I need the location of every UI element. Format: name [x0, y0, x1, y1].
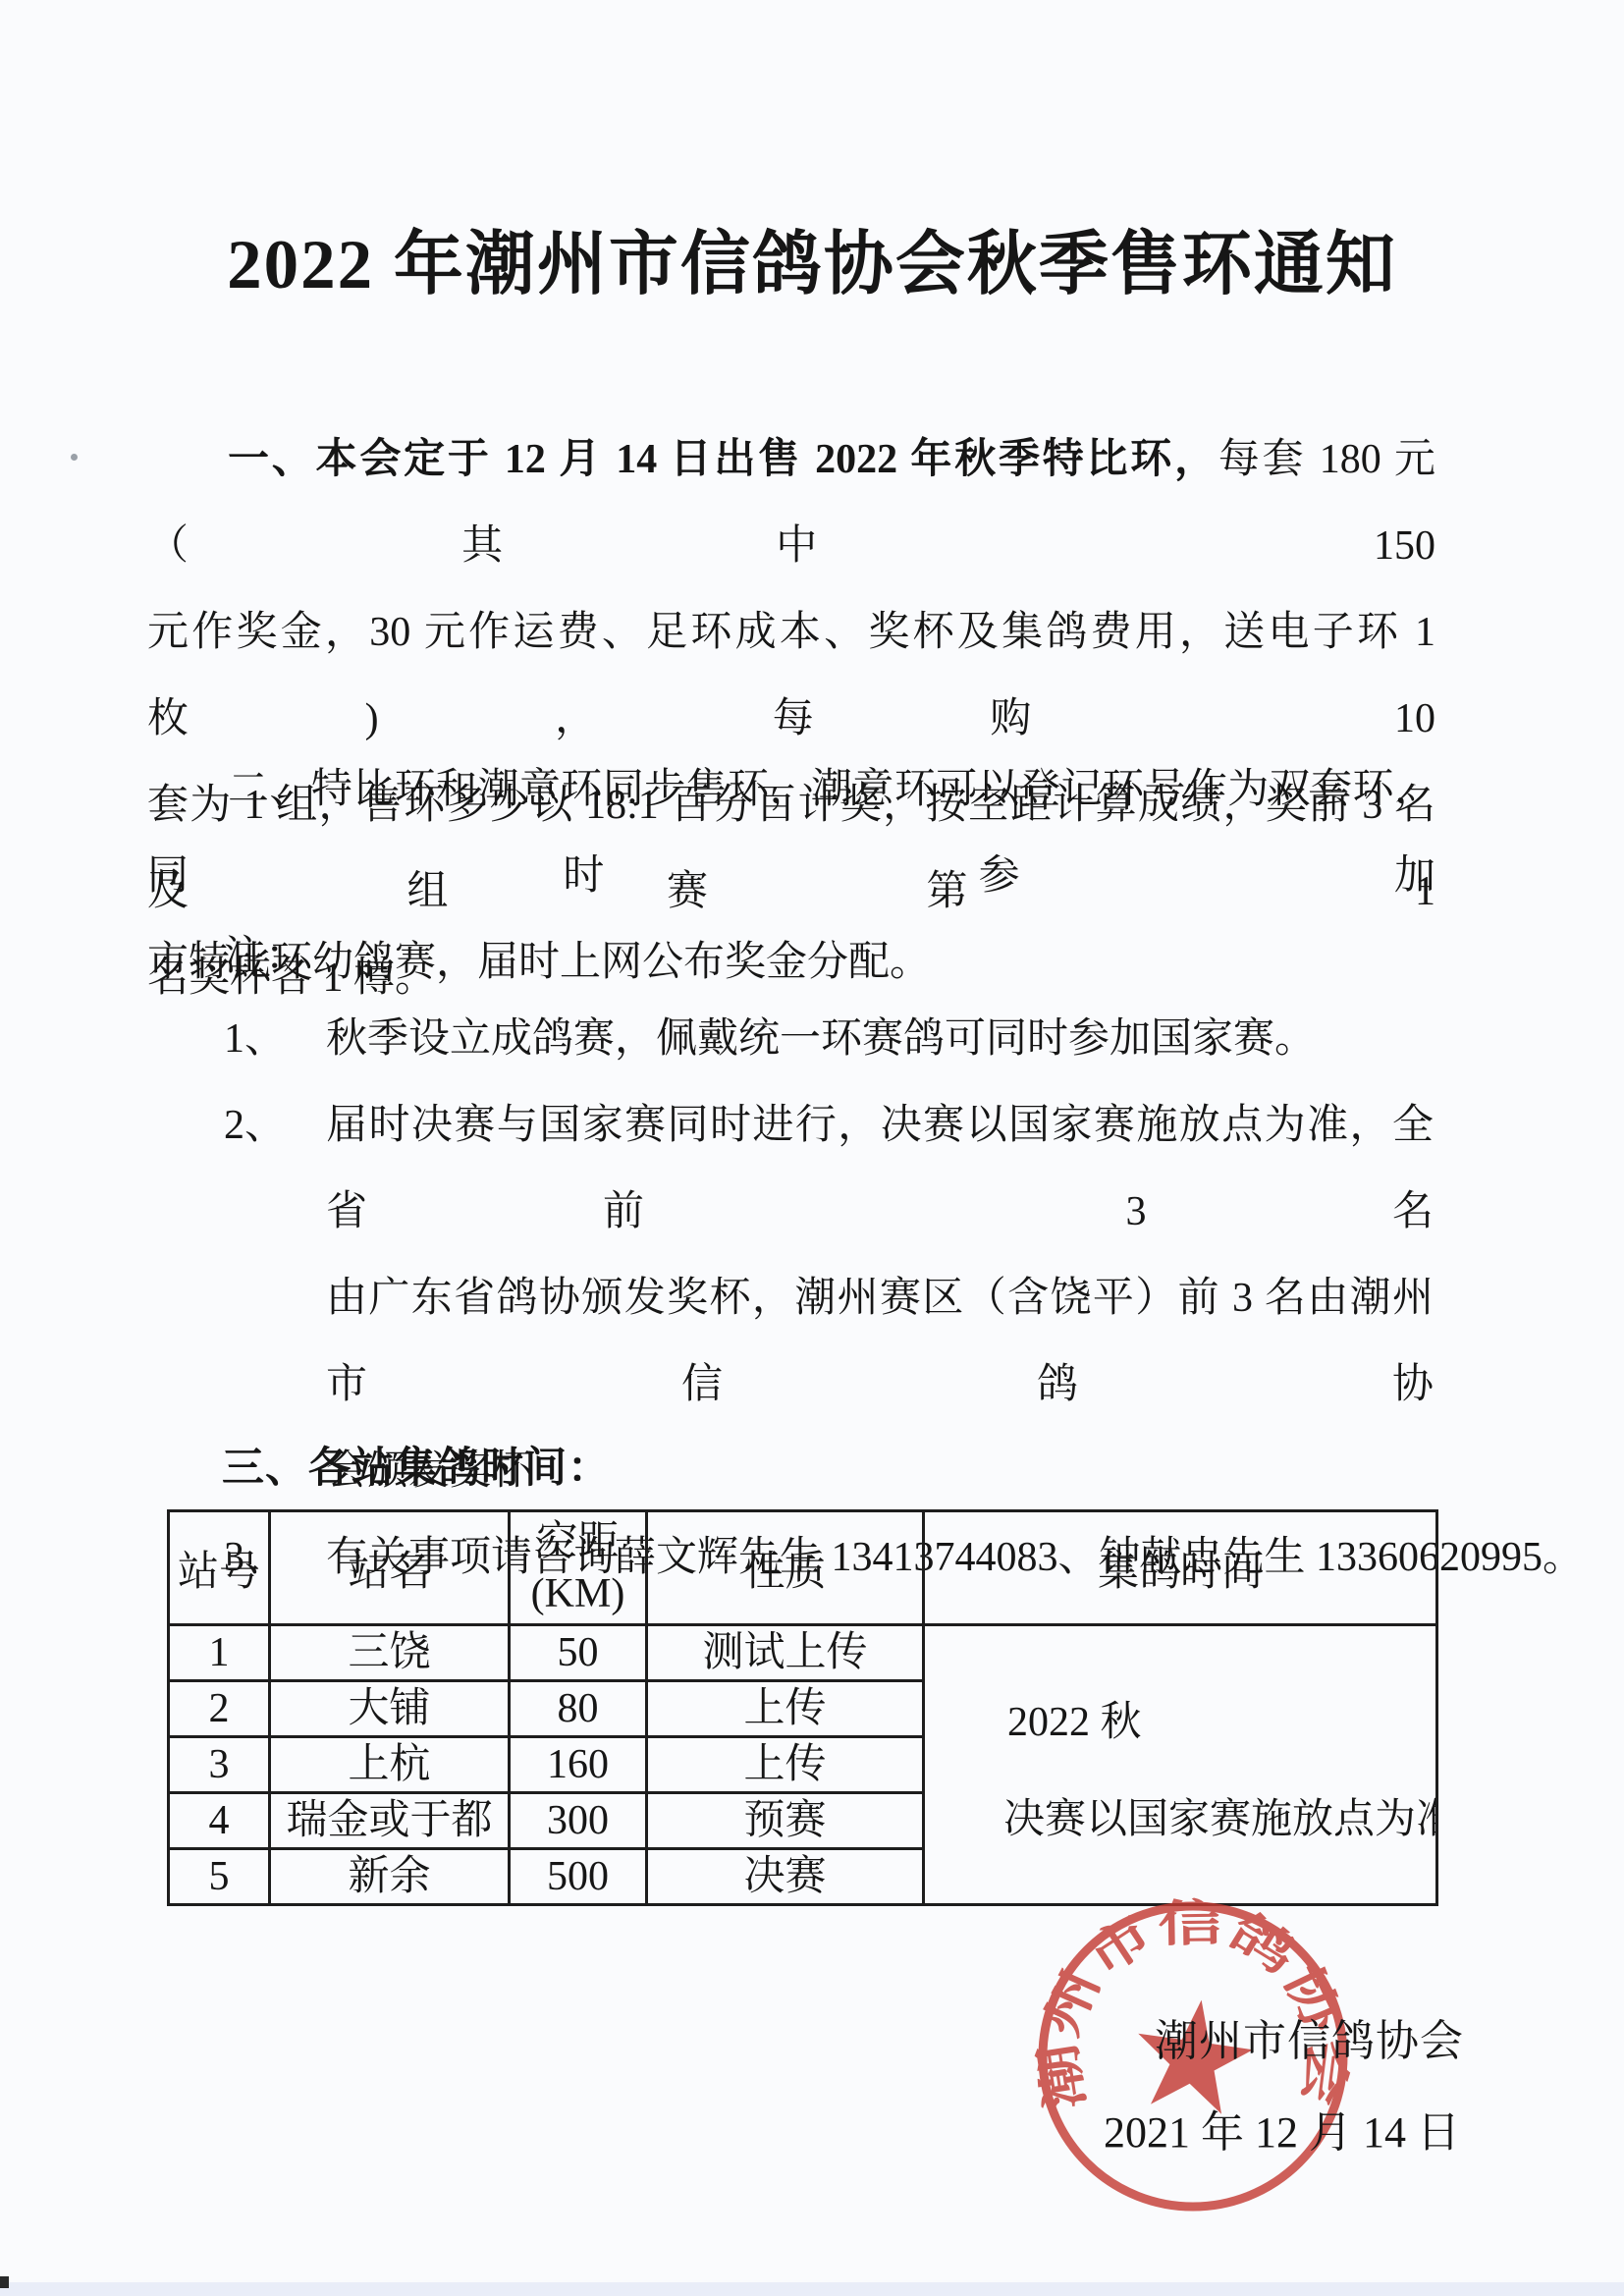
- cell-no: 3: [169, 1737, 270, 1793]
- cell-name: 上杭: [270, 1737, 510, 1793]
- note-item-1: 1、 秋季设立成鸽赛，佩戴统一环赛鸽可同时参加国家赛。: [224, 996, 1434, 1082]
- collect-time-content: 2022 秋 决赛以国家赛施放点为准: [925, 1626, 1435, 1903]
- note-1-line-1: 秋季设立成鸽赛，佩戴统一环赛鸽可同时参加国家赛。: [326, 996, 1434, 1082]
- cell-dist: 160: [510, 1737, 647, 1793]
- paragraph-1-bold-lead: 一、本会定于 12 月 14 日出售 2022 年秋季特比环，: [228, 437, 1218, 482]
- header-collect-time: 集鸽时间: [924, 1511, 1437, 1625]
- header-distance: 空距 (KM): [510, 1511, 647, 1625]
- signature-date: 2021 年 12 月 14 日: [1104, 2097, 1460, 2159]
- table-header-row: 站号 站名 空距 (KM) 性质 集鸽时间: [169, 1511, 1437, 1625]
- header-station-no: 站号: [169, 1511, 270, 1625]
- cell-no: 2: [169, 1681, 270, 1737]
- notes-label: 注：: [224, 913, 306, 1000]
- signature-organization: 潮州市信鸽协会: [1155, 2005, 1464, 2068]
- section-3-heading: 三、各站集鸽时间：: [222, 1426, 611, 1512]
- cell-dist: 50: [510, 1625, 647, 1681]
- note-2-number: 2、: [224, 1082, 326, 1169]
- cell-no: 4: [169, 1793, 270, 1849]
- paragraph-2: 二、特比环和潮意环同步售环，潮意环可以登记环号作为双套环，同时参加 市特比环幼鸽…: [147, 746, 1435, 1006]
- note-2-line-1: 届时决赛与国家赛同时进行，决赛以国家赛施放点为准，全省前 3 名: [326, 1082, 1434, 1255]
- scan-artifact-margin-dot: [71, 454, 78, 461]
- cell-dist: 300: [510, 1793, 647, 1849]
- collect-time-note: 决赛以国家赛施放点为准: [1003, 1793, 1437, 1846]
- cell-type: 决赛: [647, 1849, 924, 1905]
- cell-collect-time-merged: 2022 秋 决赛以国家赛施放点为准: [924, 1625, 1437, 1905]
- cell-type: 预赛: [647, 1793, 924, 1849]
- paragraph-1-line-2: 元作奖金，30 元作运费、足环成本、奖杯及集鸽费用，送电子环 1 枚)，每购 1…: [147, 589, 1435, 762]
- cell-type: 上传: [647, 1681, 924, 1737]
- header-nature: 性质: [647, 1511, 924, 1625]
- paragraph-2-line-2: 市特比环幼鸽赛，届时上网公布奖金分配。: [147, 919, 1435, 1006]
- header-distance-label: 空距: [511, 1516, 645, 1568]
- cell-dist: 500: [510, 1849, 647, 1905]
- cell-no: 5: [169, 1849, 270, 1905]
- header-station-name: 站名: [270, 1511, 510, 1625]
- cell-name: 瑞金或于都: [270, 1793, 510, 1849]
- header-distance-unit: (KM): [511, 1568, 645, 1620]
- note-1-number: 1、: [224, 996, 326, 1082]
- cell-type: 测试上传: [647, 1625, 924, 1681]
- scanned-notice-page: 2022 年潮州市信鸽协会秋季售环通知 一、本会定于 12 月 14 日出售 2…: [0, 0, 1624, 2296]
- cell-name: 大铺: [270, 1681, 510, 1737]
- cell-type: 上传: [647, 1737, 924, 1793]
- cell-no: 1: [169, 1625, 270, 1681]
- document-title: 2022 年潮州市信鸽协会秋季售环通知: [0, 208, 1624, 308]
- cell-name: 三饶: [270, 1625, 510, 1681]
- scan-artifact-corner-mark: [0, 2276, 9, 2288]
- paragraph-2-line-1: 二、特比环和潮意环同步售环，潮意环可以登记环号作为双套环，同时参加: [147, 746, 1435, 919]
- note-2-line-2: 由广东省鸽协颁发奖杯，潮州赛区（含饶平）前 3 名由潮州市信鸽协: [326, 1255, 1434, 1428]
- cell-name: 新余: [270, 1849, 510, 1905]
- collect-time-season: 2022 秋: [1007, 1696, 1142, 1749]
- table-row: 1 三饶 50 测试上传 2022 秋 决赛以国家赛施放点为准: [169, 1625, 1437, 1681]
- note-1-text: 秋季设立成鸽赛，佩戴统一环赛鸽可同时参加国家赛。: [326, 996, 1434, 1082]
- station-schedule-table: 站号 站名 空距 (KM) 性质 集鸽时间 1 三饶 50 测试上传 2022 …: [167, 1509, 1438, 1906]
- cell-dist: 80: [510, 1681, 647, 1737]
- scan-artifact-bottom-strip: [0, 2282, 1624, 2296]
- paragraph-1-line-1: 一、本会定于 12 月 14 日出售 2022 年秋季特比环，每套 180 元（…: [147, 416, 1435, 589]
